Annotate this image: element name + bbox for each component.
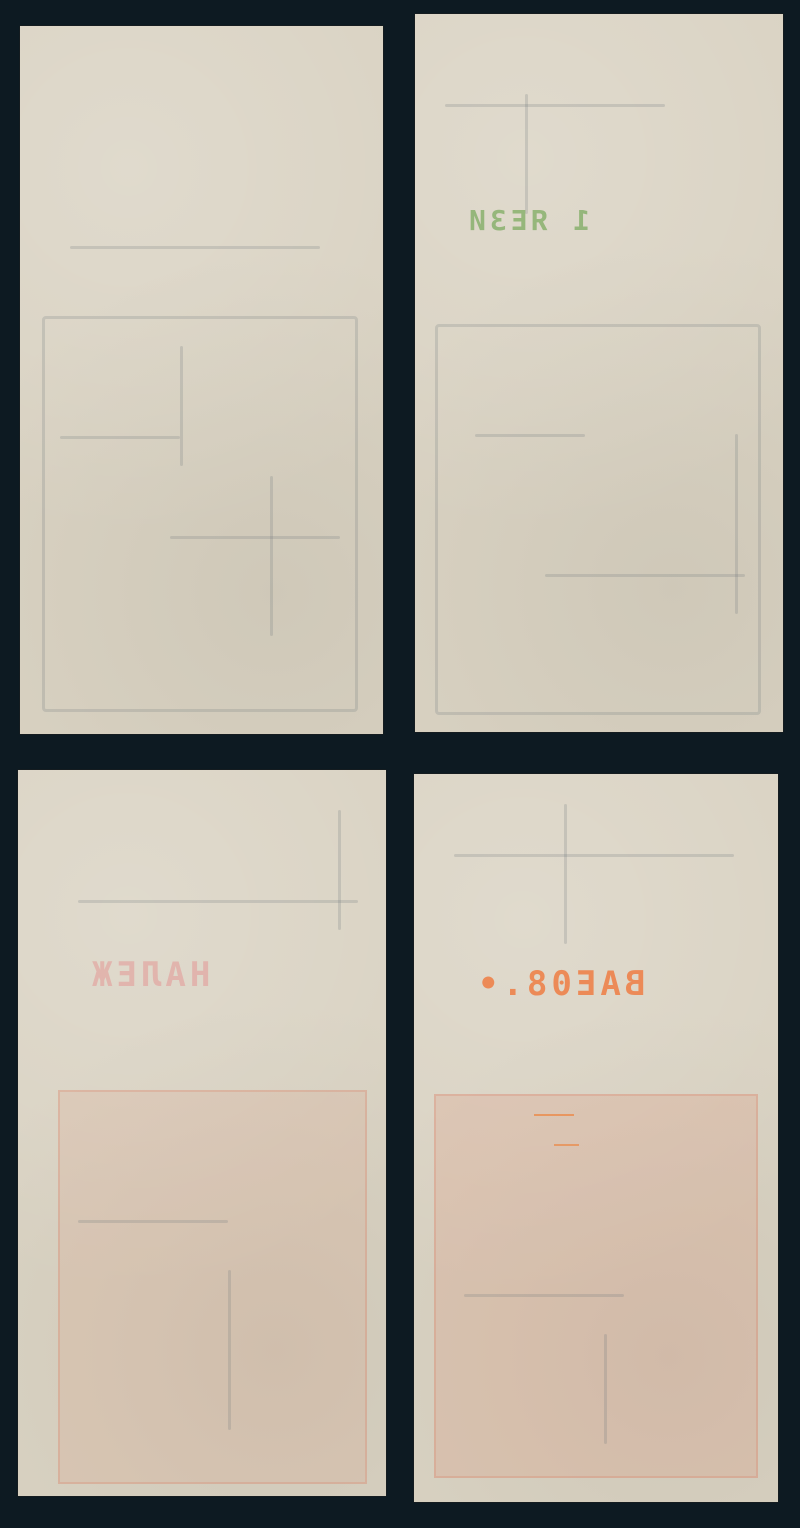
- stamp-top-left: [20, 26, 383, 734]
- red-offset-mark: [534, 1114, 574, 1116]
- ghost-line: [464, 1294, 624, 1297]
- ghost-line: [445, 104, 665, 107]
- overprint-text: НАЛЕЖ: [88, 955, 210, 995]
- stamp-top-right: 1 ЯЕЗИ: [415, 14, 783, 732]
- ghost-line: [170, 536, 340, 539]
- ghost-frame: [42, 316, 358, 712]
- ghost-line: [270, 476, 273, 636]
- ghost-line: [475, 434, 585, 437]
- ghost-line: [338, 810, 341, 930]
- ghost-line: [564, 804, 567, 944]
- ghost-line: [454, 854, 734, 857]
- ghost-line: [180, 346, 183, 466]
- ghost-line: [545, 574, 745, 577]
- stamp-bottom-right: ВАЕ08.•: [414, 774, 778, 1502]
- red-offset-mark: [554, 1144, 579, 1146]
- overprint-text: ВАЕ08.•: [474, 964, 645, 1004]
- ghost-line: [604, 1334, 607, 1444]
- ghost-line: [78, 900, 358, 903]
- overprint-text: 1 ЯЕЗИ: [465, 204, 590, 237]
- red-offset-frame: [434, 1094, 758, 1478]
- ghost-line: [60, 436, 180, 439]
- red-offset-frame: [58, 1090, 367, 1484]
- ghost-frame: [435, 324, 761, 715]
- ghost-line: [525, 94, 528, 214]
- ghost-line: [228, 1270, 231, 1430]
- ghost-line: [70, 246, 320, 249]
- ghost-line: [735, 434, 738, 614]
- ghost-line: [78, 1220, 228, 1223]
- stamp-bottom-left: НАЛЕЖ: [18, 770, 386, 1496]
